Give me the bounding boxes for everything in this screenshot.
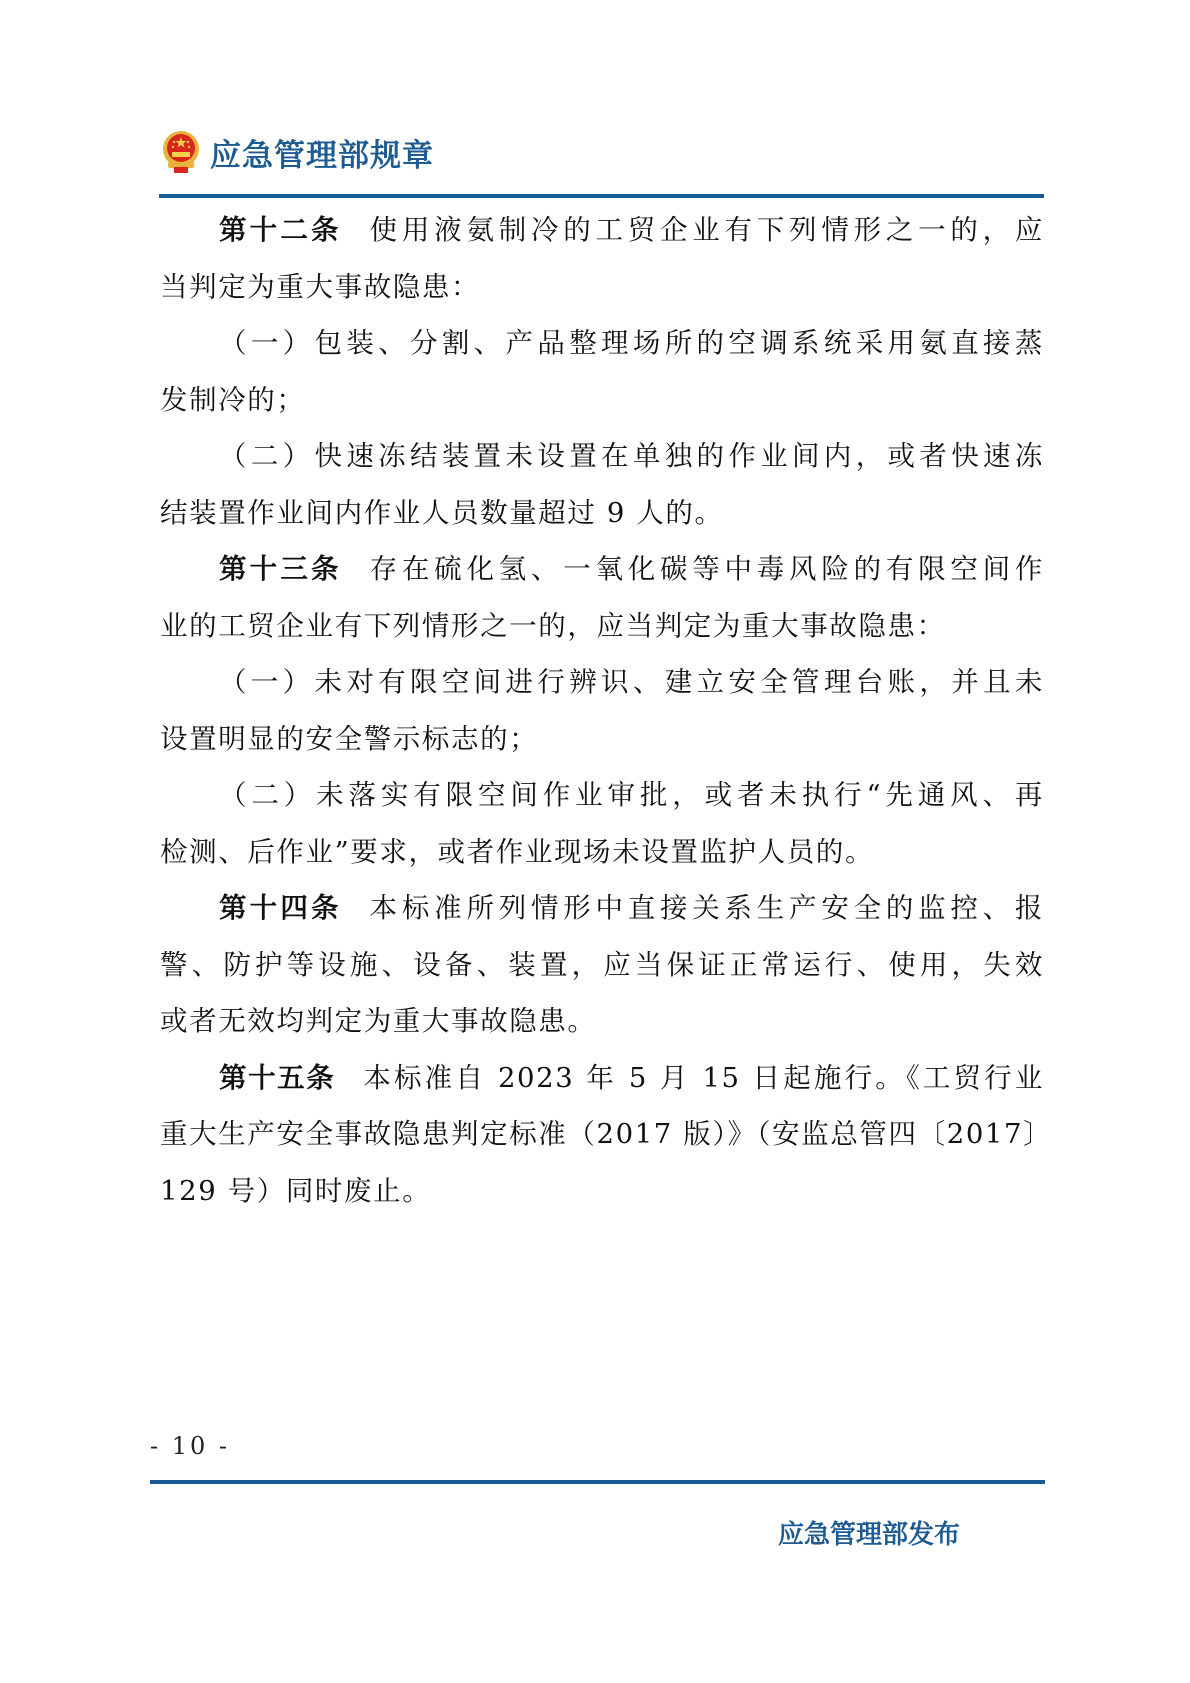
line-text: 检测、后作业”要求，或者作业现场未设置监护人员的。 — [160, 836, 874, 868]
body-line: （二）未落实有限空间作业审批，或者未执行“先通风、再 — [160, 767, 1044, 824]
document-body: 第十二条使用液氨制冷的工贸企业有下列情形之一的，应当判定为重大事故隐患：（一）包… — [160, 202, 1044, 1219]
line-text: 当判定为重大事故隐患： — [160, 271, 480, 303]
body-line: （一）未对有限空间进行辨识、建立安全管理台账，并且未 — [160, 654, 1044, 711]
line-text: 发制冷的； — [160, 384, 306, 416]
body-line: 发制冷的； — [160, 372, 1044, 429]
line-text: 或者无效均判定为重大事故隐患。 — [160, 1005, 597, 1037]
article-number: 第十二条 — [219, 214, 342, 246]
line-text: 本标准所列情形中直接关系生产安全的监控、报 — [370, 892, 1044, 924]
header-divider — [159, 194, 1044, 198]
body-line: 结装置作业间内作业人员数量超过 9 人的。 — [160, 485, 1044, 542]
body-line: 或者无效均判定为重大事故隐患。 — [160, 993, 1044, 1050]
line-text: 结装置作业间内作业人员数量超过 9 人的。 — [160, 497, 724, 529]
body-line: 检测、后作业”要求，或者作业现场未设置监护人员的。 — [160, 824, 1044, 881]
body-line: 129 号）同时废止。 — [160, 1163, 1044, 1220]
line-text: 本标准自 2023 年 5 月 15 日起施行。《工贸行业 — [363, 1062, 1044, 1094]
article-line: 第十四条本标准所列情形中直接关系生产安全的监控、报 — [160, 880, 1044, 937]
line-text: （一）未对有限空间进行辨识、建立安全管理台账，并且未 — [219, 666, 1044, 698]
body-line: （二）快速冻结装置未设置在单独的作业间内，或者快速冻 — [160, 428, 1044, 485]
article-line: 第十二条使用液氨制冷的工贸企业有下列情形之一的，应 — [160, 202, 1044, 259]
page-number: - 10 - — [150, 1432, 230, 1460]
line-text: （二）快速冻结装置未设置在单独的作业间内，或者快速冻 — [219, 440, 1044, 472]
line-text: 129 号）同时废止。 — [160, 1175, 431, 1207]
line-text: 重大生产安全事故隐患判定标准（2017 版）》（安监总管四〔2017〕 — [160, 1118, 1052, 1150]
body-line: 设置明显的安全警示标志的； — [160, 711, 1044, 768]
footer-publisher: 应急管理部发布 — [778, 1514, 960, 1551]
body-line: 业的工贸企业有下列情形之一的，应当判定为重大事故隐患： — [160, 598, 1044, 655]
footer-divider — [150, 1480, 1045, 1484]
national-emblem-icon — [160, 129, 202, 175]
body-line: 警、防护等设施、设备、装置，应当保证正常运行、使用，失效 — [160, 937, 1044, 994]
article-number: 第十五条 — [219, 1062, 335, 1094]
line-text: （一）包装、分割、产品整理场所的空调系统采用氨直接蒸 — [219, 327, 1044, 359]
body-line: （一）包装、分割、产品整理场所的空调系统采用氨直接蒸 — [160, 315, 1044, 372]
line-text: （二）未落实有限空间作业审批，或者未执行“先通风、再 — [219, 779, 1044, 811]
body-line: 重大生产安全事故隐患判定标准（2017 版）》（安监总管四〔2017〕 — [160, 1106, 1044, 1163]
article-number: 第十三条 — [219, 553, 342, 585]
line-text: 警、防护等设施、设备、装置，应当保证正常运行、使用，失效 — [160, 949, 1044, 981]
article-line: 第十五条本标准自 2023 年 5 月 15 日起施行。《工贸行业 — [160, 1050, 1044, 1107]
line-text: 设置明显的安全警示标志的； — [160, 723, 538, 755]
document-header: 应急管理部规章 — [160, 124, 434, 180]
article-line: 第十三条存在硫化氢、一氧化碳等中毒风险的有限空间作 — [160, 541, 1044, 598]
header-title: 应急管理部规章 — [210, 130, 434, 175]
article-number: 第十四条 — [219, 892, 342, 924]
body-line: 当判定为重大事故隐患： — [160, 259, 1044, 316]
line-text: 业的工贸企业有下列情形之一的，应当判定为重大事故隐患： — [160, 610, 946, 642]
line-text: 存在硫化氢、一氧化碳等中毒风险的有限空间作 — [370, 553, 1044, 585]
line-text: 使用液氨制冷的工贸企业有下列情形之一的，应 — [370, 214, 1044, 246]
